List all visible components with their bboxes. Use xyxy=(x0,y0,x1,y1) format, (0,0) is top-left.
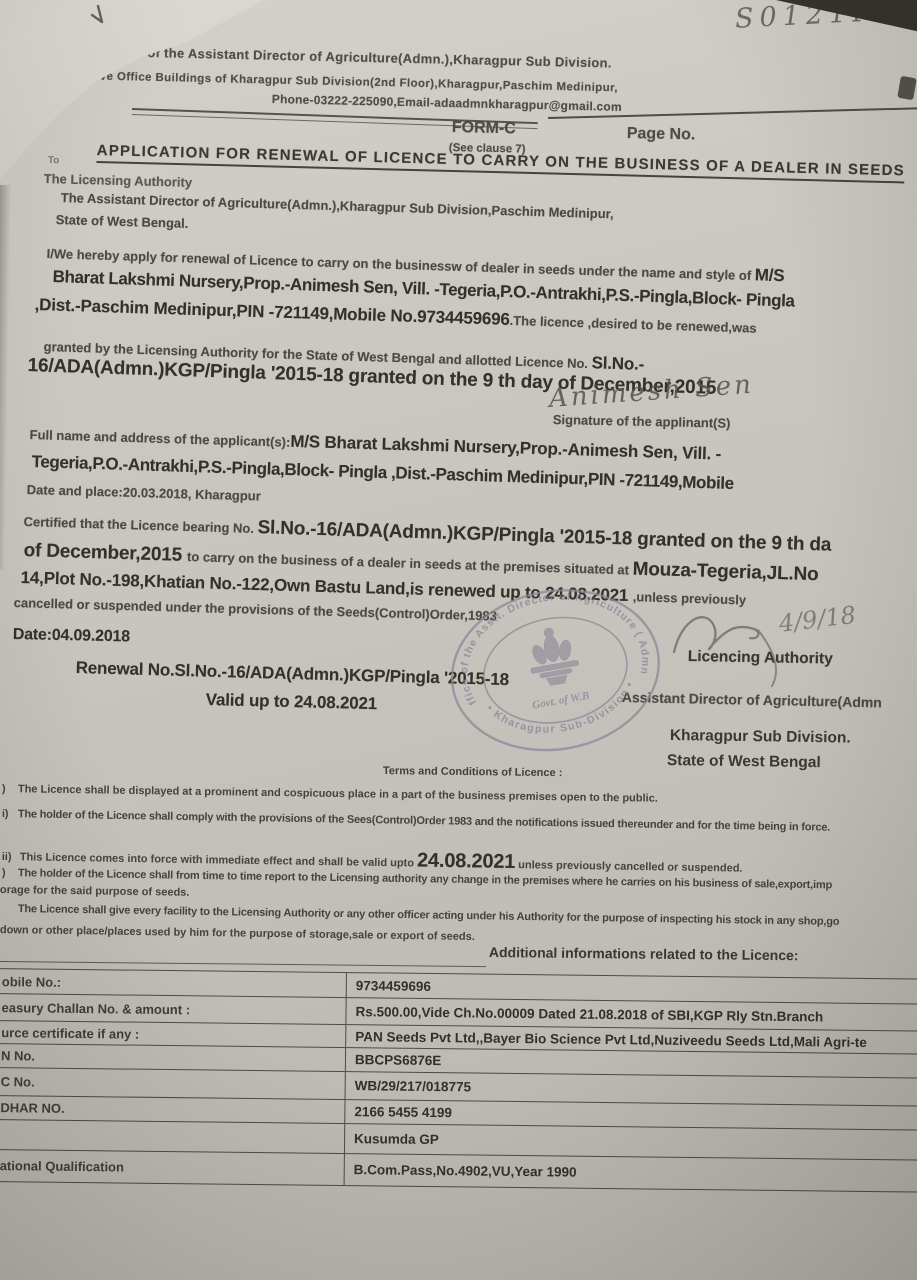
row-label-pan: N No. xyxy=(0,1044,346,1071)
scanned-document: { "annotations": { "corner_code": "S0121… xyxy=(0,0,917,1280)
ashoka-emblem xyxy=(524,624,581,688)
terms-paragraph-1: The Licence shall give every facility to… xyxy=(18,903,840,928)
additional-info-table: obile No.: 9734459696 easury Challan No.… xyxy=(0,968,917,1193)
table-heading: Additional informations related to the L… xyxy=(489,944,799,963)
row-label-mobile: obile No.: xyxy=(0,969,347,997)
authority-signature-scribble: 4/9/18 xyxy=(662,596,902,691)
row-value-qualification: B.Com.Pass,No.4902,VU,Year 1990 xyxy=(345,1162,577,1180)
photo-edge-mark-right xyxy=(897,76,917,100)
issue-date: Date:04.09.2018 xyxy=(13,626,130,646)
office-contact-line3: Phone-03222-225090,Email-adaadmnkharagpu… xyxy=(272,92,622,114)
row-value-aadhar: 2166 5455 4199 xyxy=(345,1104,452,1120)
row-label-blank xyxy=(0,1120,345,1153)
table-heading-left-line xyxy=(0,961,486,967)
signature-caption: Signature of the applinant(S) xyxy=(553,412,731,431)
row-label-epic: C No. xyxy=(0,1068,346,1099)
row-label-source-certificate: urce certificate if any : xyxy=(0,1021,346,1047)
addressee-to: To xyxy=(48,155,60,166)
term-1-number: ) xyxy=(2,783,18,795)
term-item-1: )The Licence shall be displayed at a pro… xyxy=(2,783,658,805)
authority-division: Kharagpur Sub Division. xyxy=(670,727,851,748)
valid-up-to: Valid up to 24.08.2021 xyxy=(206,690,378,714)
term-2-number: i) xyxy=(2,808,18,820)
addressee-state: State of West Bengal. xyxy=(56,212,189,231)
terms-paragraph-2: down or other place/places used by him f… xyxy=(0,924,475,943)
row-value-gp: Kusumda GP xyxy=(345,1131,439,1147)
stamp-center-text: Govt. of W.B xyxy=(531,690,590,712)
row-value-source-certificate: PAN Seeds Pvt Ltd,,Bayer Bio Science Pvt… xyxy=(346,1029,867,1050)
row-value-mobile: 9734459696 xyxy=(347,978,431,994)
term-3-number: ii) xyxy=(2,851,20,863)
office-address-line2: Administrative Office Buildings of Khara… xyxy=(28,69,618,94)
pencil-checkmark xyxy=(76,2,116,42)
signature-date-handwriting: 4/9/18 xyxy=(776,601,857,638)
term-4-number: ) xyxy=(2,867,18,879)
row-label-qualification: ational Qualification xyxy=(0,1150,345,1185)
addressee-authority: The Licensing Authority xyxy=(44,171,193,190)
row-value-pan: BBCPS6876E xyxy=(346,1052,441,1068)
form-code: FORM-C xyxy=(452,119,516,138)
term-3-valid-date: 24.08.2021 xyxy=(417,850,515,874)
office-round-stamp: Office of the Asstt. Director of Agricul… xyxy=(430,565,681,775)
term-item-2: i)The holder of the Licence shall comply… xyxy=(2,808,830,834)
row-label-challan: easury Challan No. & amount : xyxy=(0,994,347,1024)
row-label-aadhar: DHAR NO. xyxy=(0,1096,346,1123)
row-value-epic: WB/29/217/018775 xyxy=(346,1078,472,1094)
page-no-label: Page No. xyxy=(627,125,696,144)
row-value-challan: Rs.500.00,Vide Ch.No.00009 Dated 21.08.2… xyxy=(346,1004,823,1024)
authority-state: State of West Bengal xyxy=(667,752,821,772)
office-name-line1: Office of the Assistant Director of Agri… xyxy=(105,44,612,71)
date-and-place: Date and place:20.03.2018, Kharagpur xyxy=(27,482,261,504)
term-item-4-continuation: orage for the said purpose of seeds. xyxy=(0,884,189,899)
photo-edge-shadow-left xyxy=(0,185,11,570)
